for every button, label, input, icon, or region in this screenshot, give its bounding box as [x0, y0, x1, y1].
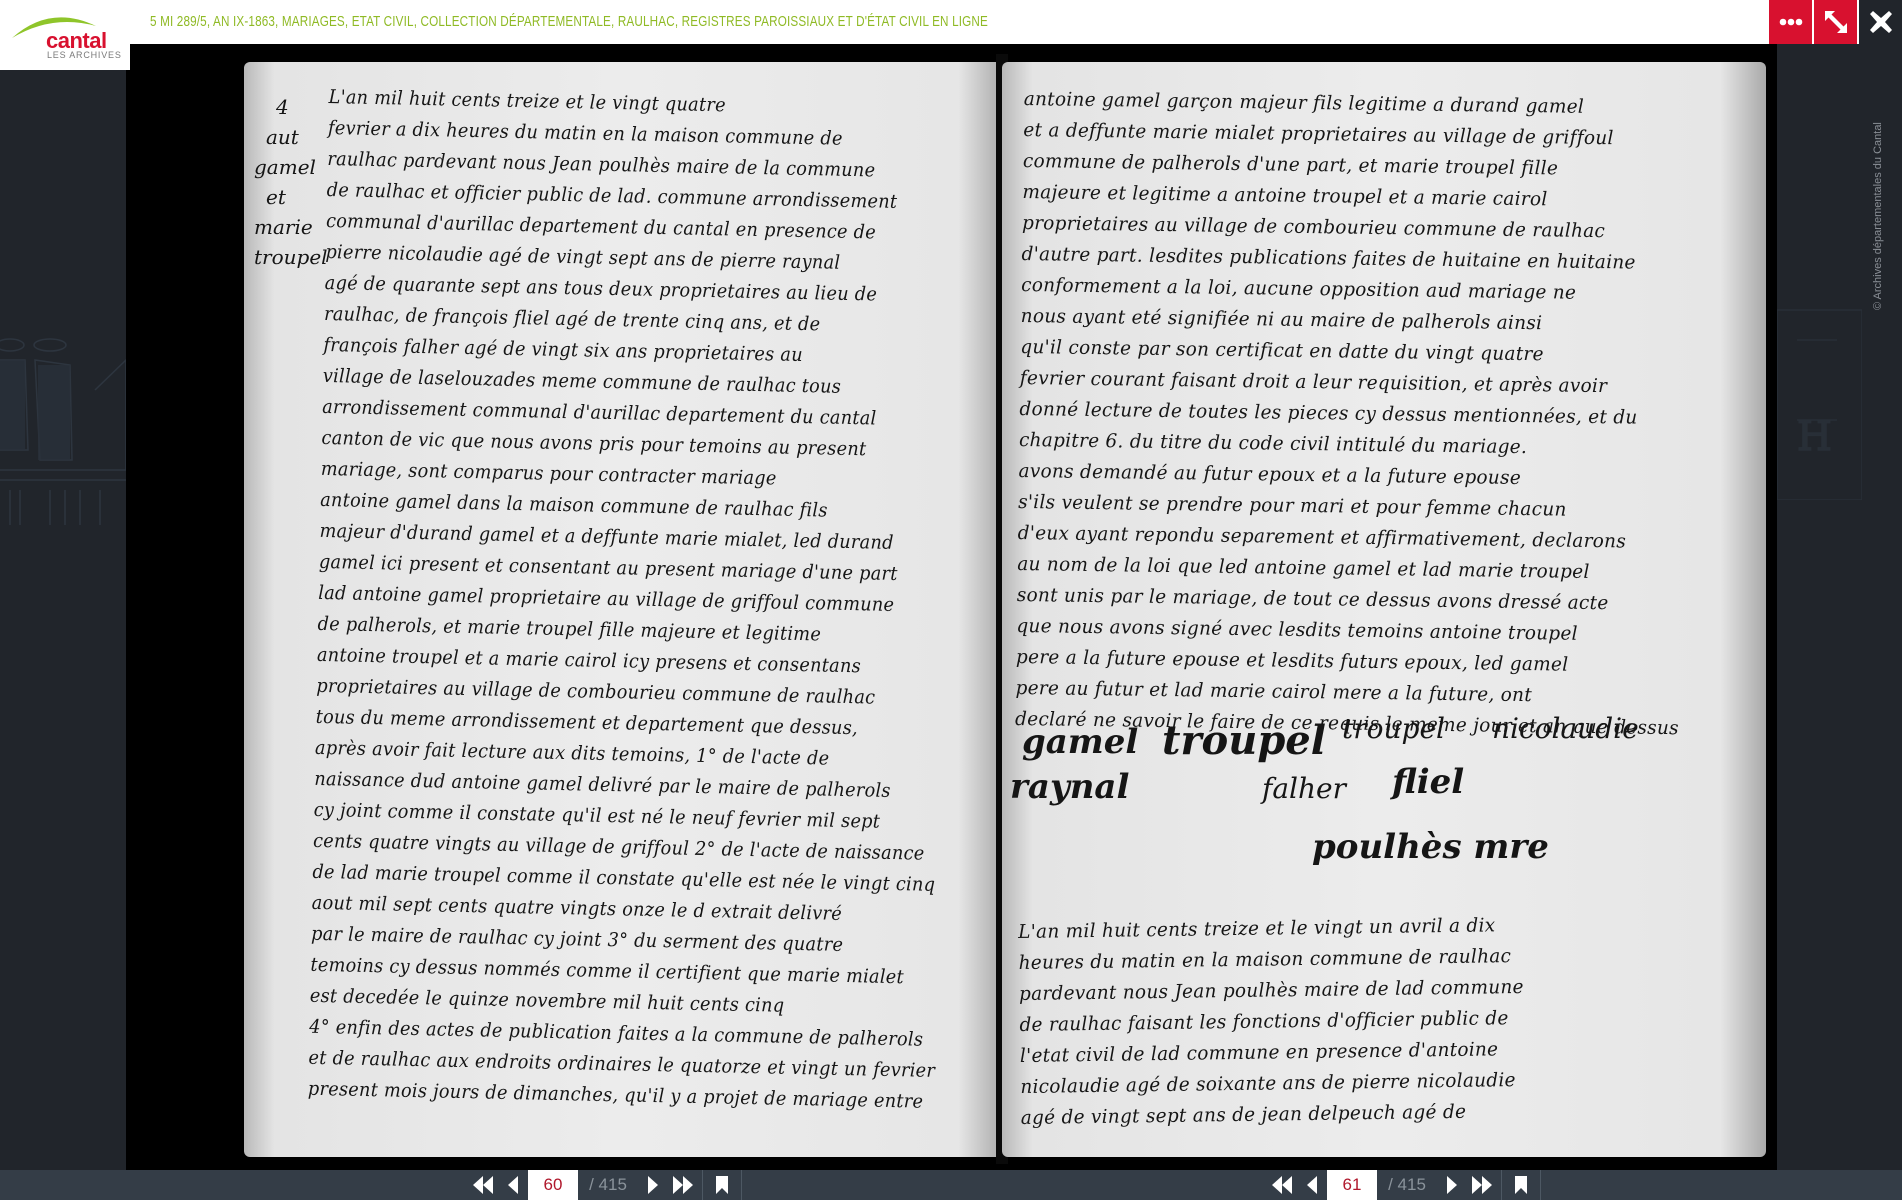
- chevron-right-icon: [1446, 1175, 1458, 1195]
- bookmark-button[interactable]: [707, 1170, 737, 1200]
- bookmark-icon: [715, 1175, 729, 1195]
- page-total: / 415: [578, 1175, 638, 1195]
- cantal-archives-logo[interactable]: cantal LES ARCHIVES: [0, 0, 130, 70]
- bottom-toolbar: / 415 / 415: [0, 1170, 1902, 1200]
- next-page-button[interactable]: [638, 1170, 668, 1200]
- document-viewer[interactable]: 4 aut gamel et marie troupel L'an mil hu…: [126, 44, 1777, 1170]
- document-title: 5 MI 289/5, AN IX-1863, MARIAGES, ETAT C…: [150, 13, 988, 30]
- divider: [1540, 1170, 1541, 1200]
- chevron-left-icon: [1306, 1175, 1318, 1195]
- background-illustration-right: H: [1777, 300, 1862, 500]
- divider: [741, 1170, 742, 1200]
- page-number-input[interactable]: [528, 1170, 578, 1200]
- chevron-left-icon: [507, 1175, 519, 1195]
- chevron-right-icon: [647, 1175, 659, 1195]
- copyright-notice: © Archives départementales du Cantal: [1872, 122, 1884, 310]
- double-chevron-left-icon: [472, 1175, 494, 1195]
- left-page-text: L'an mil huit cents treize et le vingt q…: [308, 82, 956, 1118]
- first-page-button[interactable]: [1267, 1170, 1297, 1200]
- ellipsis-icon: [1779, 18, 1803, 26]
- right-page-image[interactable]: antoine gamel garçon majeur fils legitim…: [1002, 62, 1766, 1157]
- right-page-pager: / 415: [1267, 1170, 1545, 1200]
- next-page-button[interactable]: [1437, 1170, 1467, 1200]
- previous-page-button[interactable]: [1297, 1170, 1327, 1200]
- left-page-image[interactable]: 4 aut gamel et marie troupel L'an mil hu…: [244, 62, 1004, 1157]
- top-bar: 5 MI 289/5, AN IX-1863, MARIAGES, ETAT C…: [0, 0, 1902, 44]
- close-button[interactable]: [1859, 0, 1902, 44]
- last-page-button[interactable]: [1467, 1170, 1497, 1200]
- left-page-pager: / 415: [468, 1170, 746, 1200]
- first-page-button[interactable]: [468, 1170, 498, 1200]
- previous-page-button[interactable]: [498, 1170, 528, 1200]
- divider: [702, 1170, 703, 1200]
- bookmark-icon: [1514, 1175, 1528, 1195]
- svg-text:H: H: [1797, 414, 1832, 460]
- page-number-input[interactable]: [1327, 1170, 1377, 1200]
- more-options-button[interactable]: [1769, 0, 1812, 44]
- logo-subtitle: LES ARCHIVES: [47, 50, 122, 60]
- divider: [1501, 1170, 1502, 1200]
- last-page-button[interactable]: [668, 1170, 698, 1200]
- fullscreen-button[interactable]: [1814, 0, 1857, 44]
- double-chevron-right-icon: [1471, 1175, 1493, 1195]
- expand-arrows-icon: [1823, 9, 1849, 35]
- right-page-text-next-act: L'an mil huit cents treize et le vingt u…: [1018, 910, 1526, 1134]
- page-total: / 415: [1377, 1175, 1437, 1195]
- double-chevron-left-icon: [1271, 1175, 1293, 1195]
- bookmark-button[interactable]: [1506, 1170, 1536, 1200]
- right-page-text: antoine gamel garçon majeur fils legitim…: [1015, 84, 1688, 744]
- background-illustration: [0, 300, 126, 540]
- double-chevron-right-icon: [672, 1175, 694, 1195]
- close-icon: [1869, 10, 1893, 34]
- left-margin-notes: 4 aut gamel et marie troupel: [254, 92, 328, 272]
